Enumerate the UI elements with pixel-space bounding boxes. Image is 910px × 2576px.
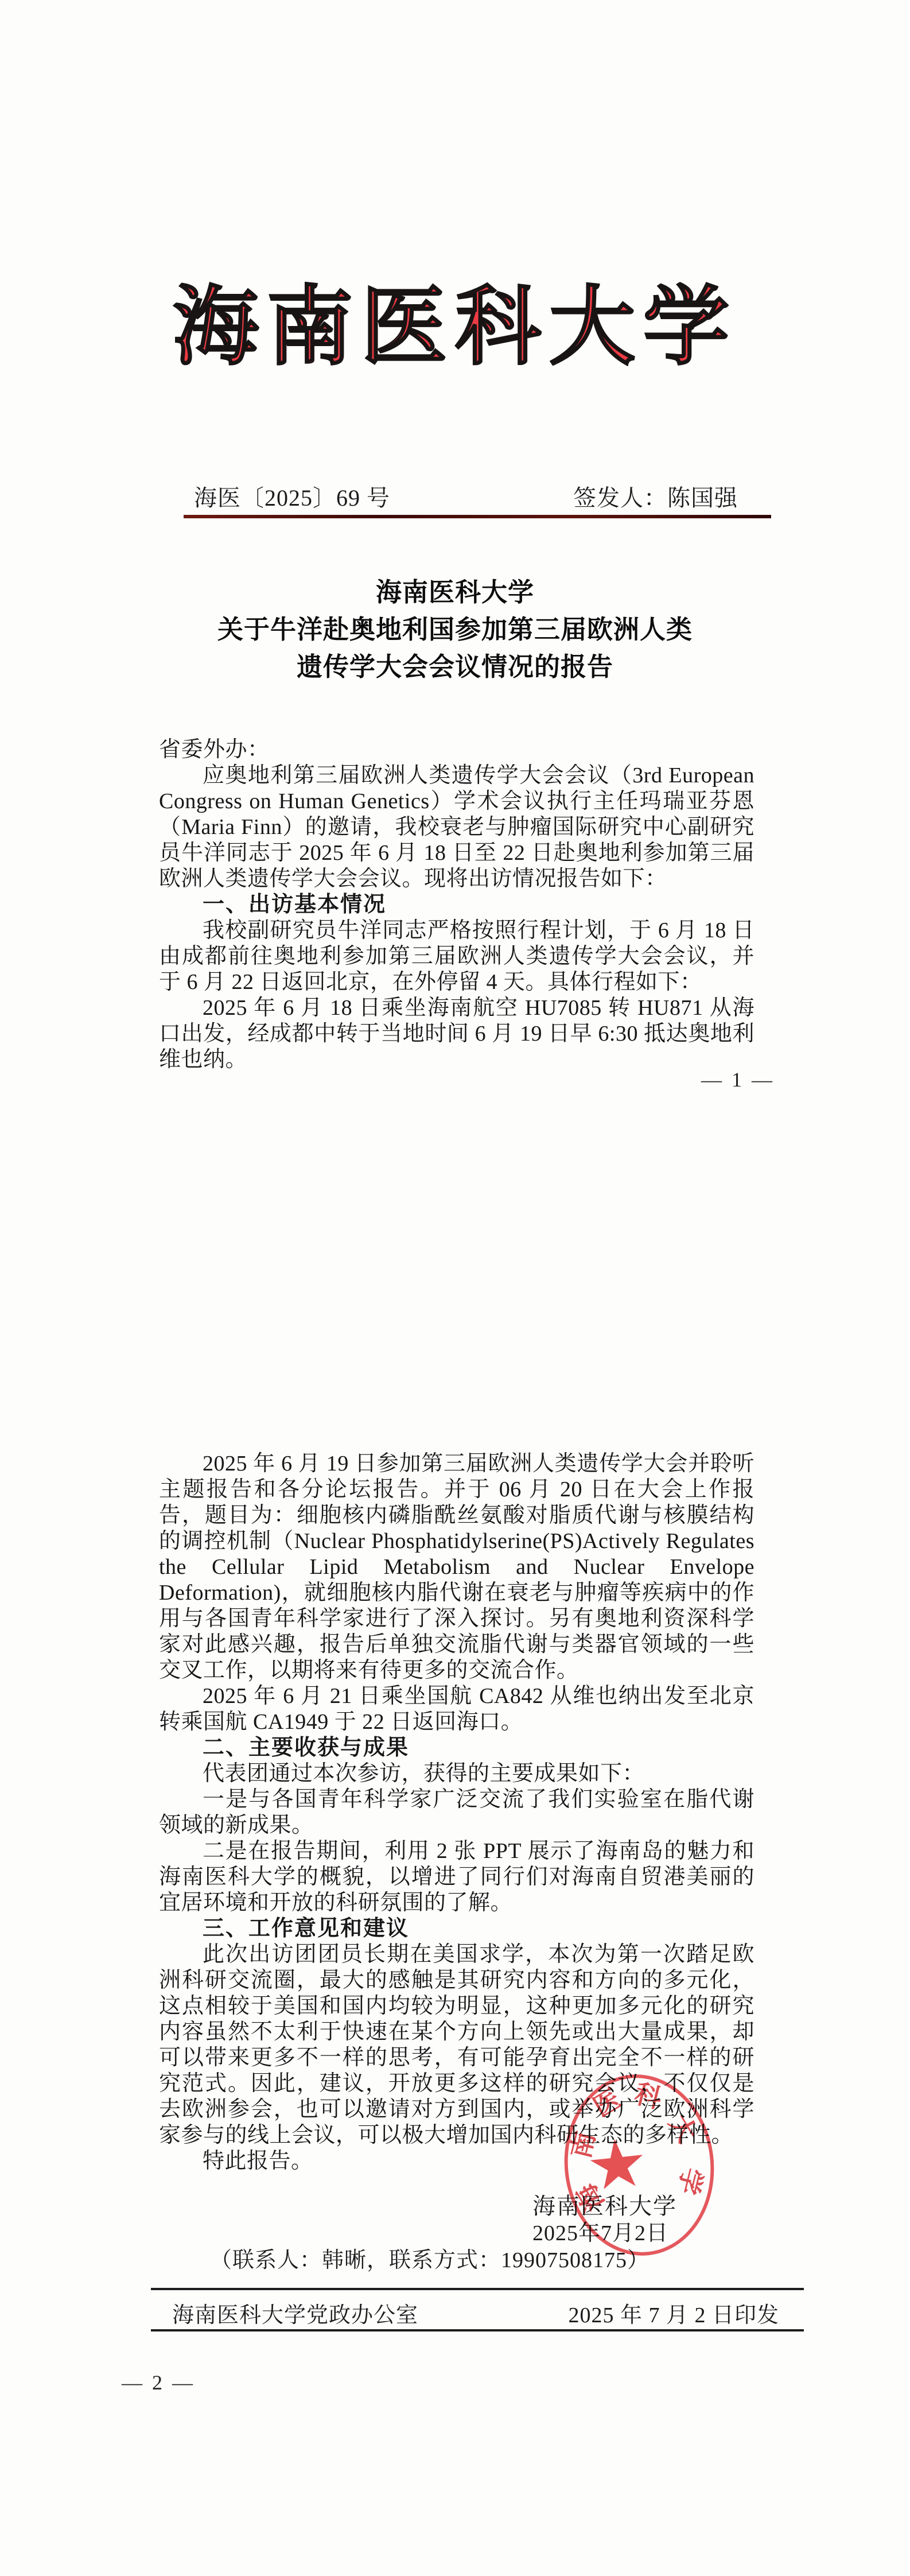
seal-character: 医 <box>589 2085 625 2121</box>
document-title-line: 遗传学大会会议情况的报告 <box>0 649 910 686</box>
red-separator-rule <box>184 515 771 518</box>
seal-character: 大 <box>664 2111 701 2147</box>
imprint-row: 海南医科大学党政办公室 2025 年 7 月 2 日印发 <box>172 2297 779 2329</box>
body-paragraph: 二是在报告期间，利用 2 张 PPT 展示了海南岛的魅力和海南医科大学的概貌，以… <box>159 1838 755 1916</box>
seal-character: 科 <box>632 2081 664 2113</box>
imprint-print-date: 2025 年 7 月 2 日印发 <box>568 2297 779 2329</box>
document-number-row: 海医〔2025〕69 号 签发人：陈国强 <box>194 480 738 513</box>
seal-character: 学 <box>674 2165 706 2197</box>
document-title-line: 海南医科大学 <box>0 574 910 611</box>
section-heading: 一、出访基本情况 <box>159 892 755 918</box>
signer: 签发人：陈国强 <box>573 480 738 513</box>
body-paragraph: 2025 年 6 月 18 日乘坐海南航空 HU7085 转 HU871 从海口… <box>159 995 755 1073</box>
page2-number: — 2 — <box>122 2371 195 2395</box>
page2-body: 2025 年 6 月 19 日参加第三届欧洲人类遗传学大会并聆听主题报告和各分论… <box>159 1451 755 2174</box>
page1-number: — 1 — <box>701 1068 775 1092</box>
section-heading: 三、工作意见和建议 <box>159 1916 755 1942</box>
body-paragraph: 省委外办： <box>159 737 755 763</box>
body-paragraph: 应奥地利第三届欧洲人类遗传学大会会议（3rd European Congress… <box>159 763 755 892</box>
document-title: 海南医科大学 关于牛洋赴奥地利国参加第三届欧洲人类 遗传学大会会议情况的报告 <box>0 574 910 686</box>
seal-character: 海 <box>573 2179 609 2216</box>
imprint-bottom-rule <box>151 2329 804 2331</box>
body-paragraph: 代表团通过本次参访，获得的主要成果如下： <box>159 1761 755 1787</box>
document-title-line: 关于牛洋赴奥地利国参加第三届欧洲人类 <box>0 611 910 649</box>
body-paragraph: 2025 年 6 月 21 日乘坐国航 CA842 从维也纳出发至北京转乘国航 … <box>159 1683 755 1735</box>
imprint-office: 海南医科大学党政办公室 <box>172 2297 418 2329</box>
section-heading: 二、主要收获与成果 <box>159 1735 755 1761</box>
scanned-official-report: { "colors": { "letterhead_red": "#ee3b44… <box>0 0 910 2576</box>
page1-body: 省委外办：应奥地利第三届欧洲人类遗传学大会会议（3rd European Con… <box>159 737 755 1073</box>
document-number: 海医〔2025〕69 号 <box>194 480 390 513</box>
seal-character: 南 <box>567 2129 600 2161</box>
body-paragraph: 一是与各国青年科学家广泛交流了我们实验室在脂代谢领域的新成果。 <box>159 1787 755 1838</box>
imprint-top-rule <box>151 2288 804 2290</box>
letterhead-university-name: 海南医科大学 <box>0 257 910 381</box>
body-paragraph: 我校副研究员牛洋同志严格按照行程计划，于 6 月 18 日由成都前往奥地利参加第… <box>159 918 755 995</box>
contact-line: （联系人：韩晰，联系方式：19907508175） <box>210 2242 650 2274</box>
body-paragraph: 2025 年 6 月 19 日参加第三届欧洲人类遗传学大会并聆听主题报告和各分论… <box>159 1451 755 1683</box>
